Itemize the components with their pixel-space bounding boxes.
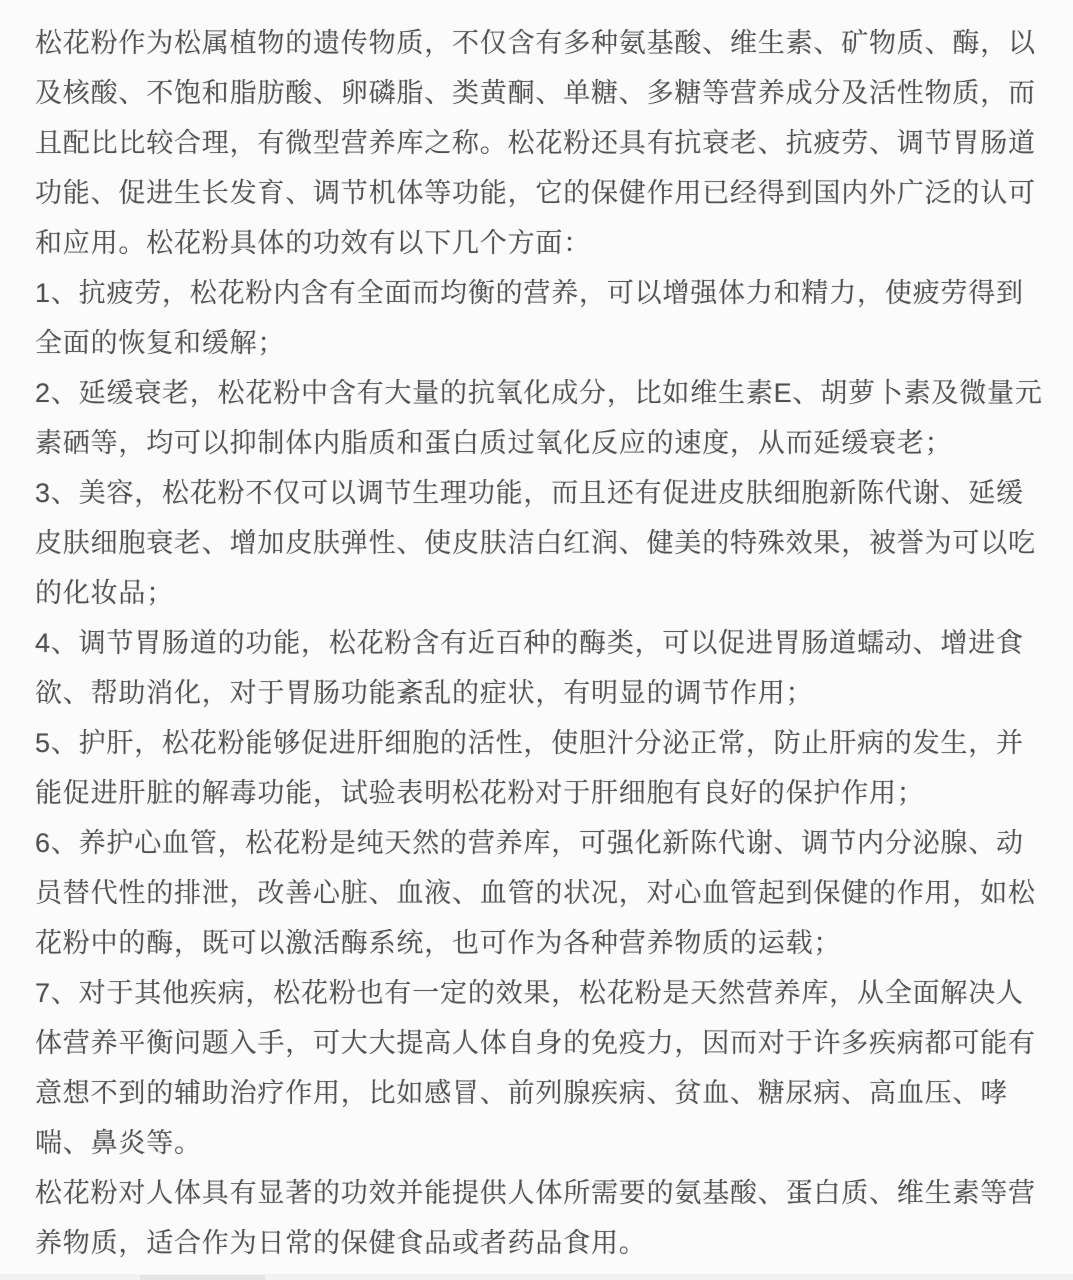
text-line: 7、对于其他疾病，松花粉也有一定的效果，松花粉是天然营养库，从全面解决人 — [35, 968, 1043, 1018]
article: 松花粉作为松属植物的遗传物质，不仅含有多种氨基酸、维生素、矿物质、酶，以 及核酸… — [0, 0, 1073, 1268]
bottom-edge-divider — [0, 1274, 1073, 1280]
paragraph-summary: 松花粉对人体具有显著的功效并能提供人体所需要的氨基酸、蛋白质、维生素等营 养物质… — [35, 1168, 1043, 1268]
paragraph-intro: 松花粉作为松属植物的遗传物质，不仅含有多种氨基酸、维生素、矿物质、酶，以 及核酸… — [35, 18, 1043, 268]
text-line: 功能、促进生长发育、调节机体等功能，它的保健作用已经得到国内外广泛的认可 — [35, 168, 1043, 218]
text-line: 欲、帮助消化，对于胃肠功能紊乱的症状，有明显的调节作用； — [35, 668, 1043, 718]
text-line: 2、延缓衰老，松花粉中含有大量的抗氧化成分，比如维生素E、胡萝卜素及微量元 — [35, 368, 1043, 418]
text-line: 松花粉对人体具有显著的功效并能提供人体所需要的氨基酸、蛋白质、维生素等营 — [35, 1168, 1043, 1218]
text-line: 6、养护心血管，松花粉是纯天然的营养库，可强化新陈代谢、调节内分泌腺、动 — [35, 818, 1043, 868]
text-line: 体营养平衡问题入手，可大大提高人体自身的免疫力，因而对于许多疾病都可能有 — [35, 1018, 1043, 1068]
text-line: 4、调节胃肠道的功能，松花粉含有近百种的酶类，可以促进胃肠道蠕动、增进食 — [35, 618, 1043, 668]
text-line: 和应用。松花粉具体的功效有以下几个方面： — [35, 218, 1043, 268]
text-line: 的化妆品； — [35, 568, 1043, 618]
text-line: 及核酸、不饱和脂肪酸、卵磷脂、类黄酮、单糖、多糖等营养成分及活性物质，而 — [35, 68, 1043, 118]
text-line: 且配比比较合理，有微型营养库之称。松花粉还具有抗衰老、抗疲劳、调节胃肠道 — [35, 118, 1043, 168]
text-line: 喘、鼻炎等。 — [35, 1118, 1043, 1168]
text-line: 花粉中的酶，既可以激活酶系统，也可作为各种营养物质的运载； — [35, 918, 1043, 968]
text-line: 素硒等，均可以抑制体内脂质和蛋白质过氧化反应的速度，从而延缓衰老； — [35, 418, 1043, 468]
paragraph-item-6: 6、养护心血管，松花粉是纯天然的营养库，可强化新陈代谢、调节内分泌腺、动 员替代… — [35, 818, 1043, 968]
text-line: 全面的恢复和缓解； — [35, 318, 1043, 368]
paragraph-item-5: 5、护肝，松花粉能够促进肝细胞的活性，使胆汁分泌正常，防止肝病的发生，并 能促进… — [35, 718, 1043, 818]
paragraph-item-1: 1、抗疲劳，松花粉内含有全面而均衡的营养，可以增强体力和精力，使疲劳得到 全面的… — [35, 268, 1043, 368]
text-line: 员替代性的排泄，改善心脏、血液、血管的状况，对心血管起到保健的作用，如松 — [35, 868, 1043, 918]
text-line: 意想不到的辅助治疗作用，比如感冒、前列腺疾病、贫血、糖尿病、高血压、哮 — [35, 1068, 1043, 1118]
text-line: 皮肤细胞衰老、增加皮肤弹性、使皮肤洁白红润、健美的特殊效果，被誉为可以吃 — [35, 518, 1043, 568]
text-line: 3、美容，松花粉不仅可以调节生理功能，而且还有促进皮肤细胞新陈代谢、延缓 — [35, 468, 1043, 518]
paragraph-item-4: 4、调节胃肠道的功能，松花粉含有近百种的酶类，可以促进胃肠道蠕动、增进食 欲、帮… — [35, 618, 1043, 718]
paragraph-item-7: 7、对于其他疾病，松花粉也有一定的效果，松花粉是天然营养库，从全面解决人 体营养… — [35, 968, 1043, 1168]
paragraph-item-2: 2、延缓衰老，松花粉中含有大量的抗氧化成分，比如维生素E、胡萝卜素及微量元 素硒… — [35, 368, 1043, 468]
text-line: 1、抗疲劳，松花粉内含有全面而均衡的营养，可以增强体力和精力，使疲劳得到 — [35, 268, 1043, 318]
text-line: 松花粉作为松属植物的遗传物质，不仅含有多种氨基酸、维生素、矿物质、酶，以 — [35, 18, 1043, 68]
text-line: 5、护肝，松花粉能够促进肝细胞的活性，使胆汁分泌正常，防止肝病的发生，并 — [35, 718, 1043, 768]
bottom-edge-artifact — [140, 1275, 265, 1280]
text-line: 养物质，适合作为日常的保健食品或者药品食用。 — [35, 1218, 1043, 1268]
text-line: 能促进肝脏的解毒功能，试验表明松花粉对于肝细胞有良好的保护作用； — [35, 768, 1043, 818]
paragraph-item-3: 3、美容，松花粉不仅可以调节生理功能，而且还有促进皮肤细胞新陈代谢、延缓 皮肤细… — [35, 468, 1043, 618]
